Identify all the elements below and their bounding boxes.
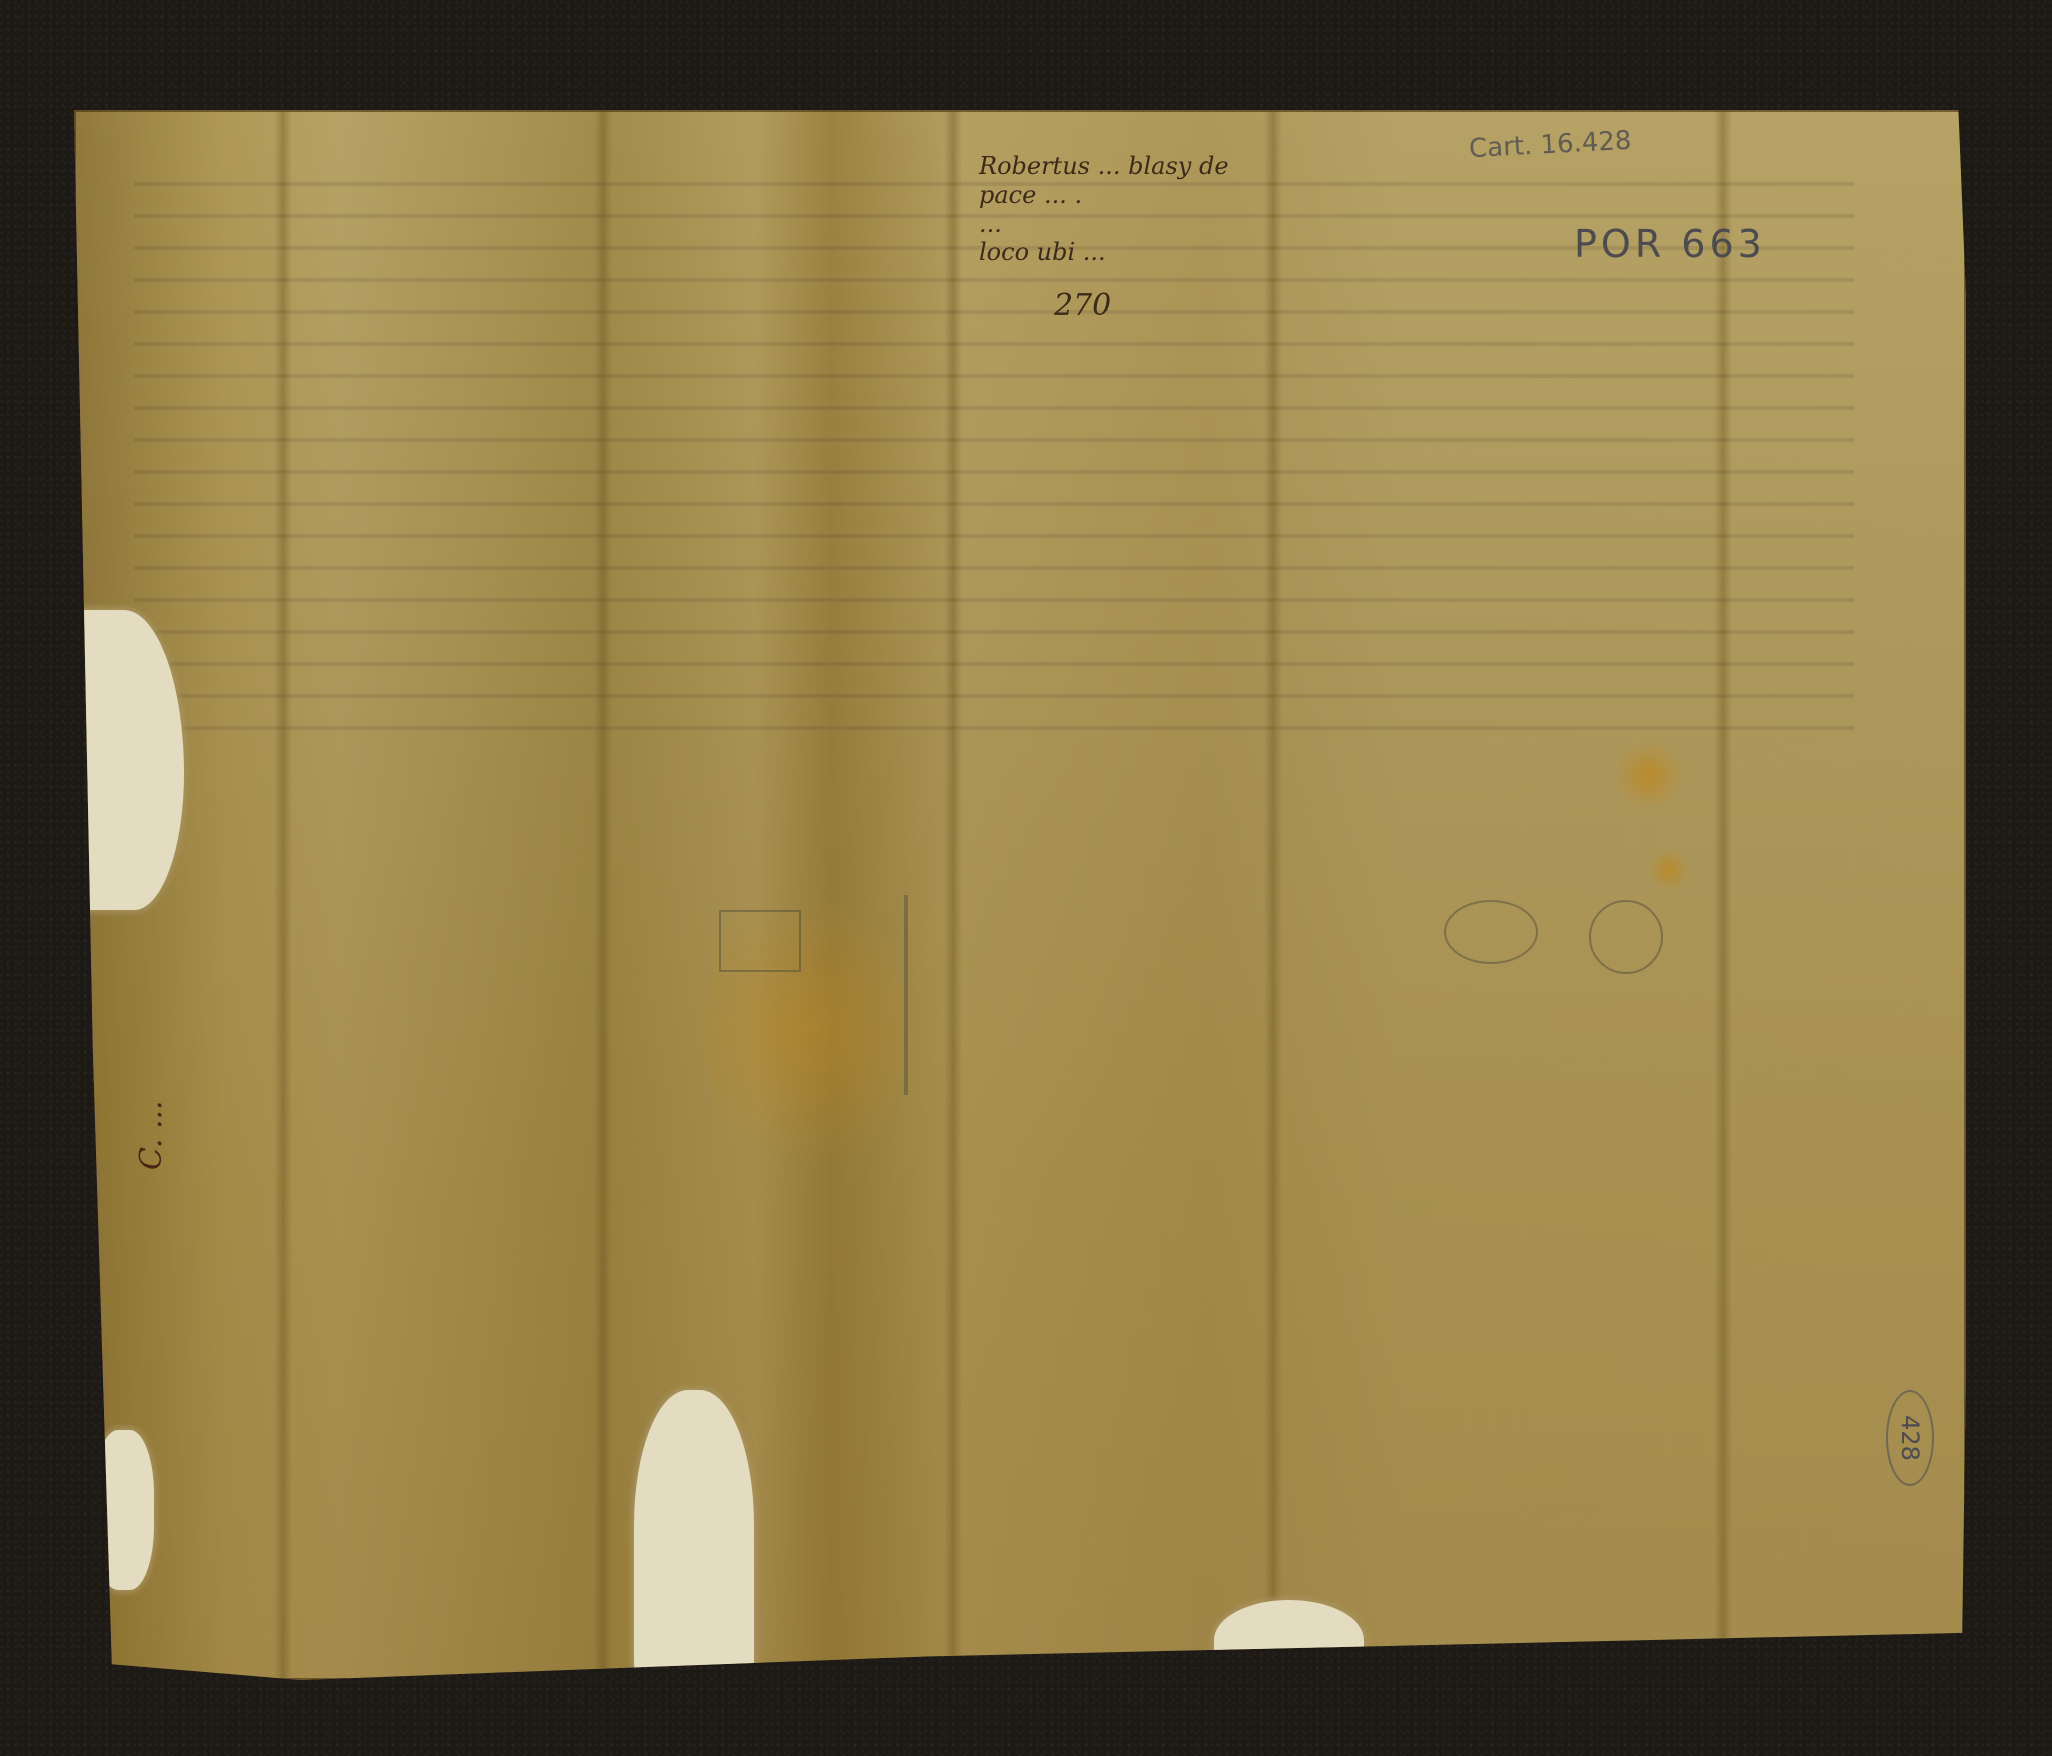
water-stain	[1649, 850, 1689, 890]
cart-reference: Cart. 16.428	[1468, 126, 1632, 164]
circled-number: 428	[1886, 1390, 1934, 1486]
parchment-loss-bottom	[634, 1390, 754, 1690]
parchment-sheet: Robertus ... blasy de pace ... . ... loc…	[74, 110, 1966, 1680]
sketch-circle-drawing	[1589, 900, 1663, 974]
circled-number-text: 428	[1896, 1415, 1924, 1461]
fold-line	[944, 110, 962, 1680]
fold-line	[1264, 110, 1282, 1680]
sketch-oval-drawing	[1444, 900, 1538, 964]
sketch-grid-drawing	[719, 910, 801, 972]
fold-line	[594, 110, 612, 1680]
sketch-cross-drawing	[904, 895, 908, 1095]
endorsement-note: Robertus ... blasy de pace ... . ... loc…	[979, 152, 1229, 267]
water-stain	[1614, 740, 1684, 810]
left-margin-note: C. ...	[134, 1100, 170, 1170]
fold-line	[1714, 110, 1732, 1680]
fold-line	[274, 110, 292, 1680]
shelfmark: POR 663	[1574, 222, 1766, 266]
number-270: 270	[1054, 288, 1111, 324]
